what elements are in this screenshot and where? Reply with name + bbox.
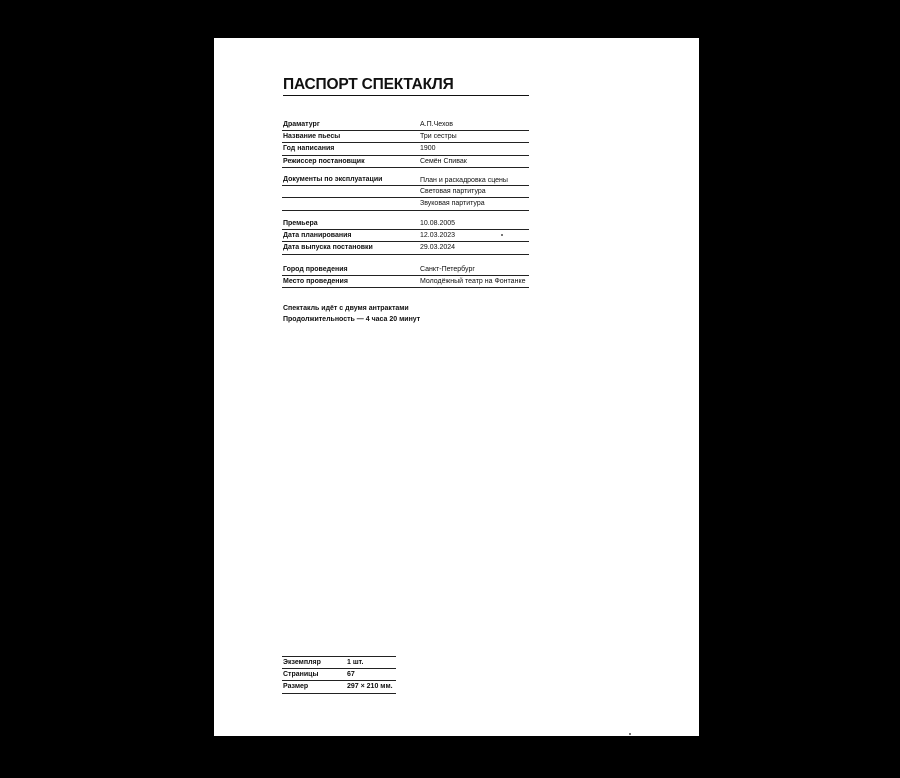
row-label: Размер — [283, 682, 308, 692]
info-table: Драматург А.П.Чехов Название пьесы Три с… — [282, 119, 529, 168]
venue-table: Город проведения Санкт-Петербург Место п… — [282, 264, 529, 288]
table-row: Место проведения Молодёжный театр на Фон… — [282, 276, 529, 288]
table-row: Дата планирования 12.03.2023 — [282, 230, 529, 242]
note-duration: Продолжительность — 4 часа 20 минут — [283, 316, 420, 323]
row-label: Дата планирования — [283, 231, 352, 241]
table-row: Драматург А.П.Чехов — [282, 119, 529, 131]
row-label: Название пьесы — [283, 132, 340, 142]
row-value: 1 шт. — [347, 658, 363, 668]
row-label: Дата выпуска постановки — [283, 243, 373, 253]
scan-speck — [501, 234, 503, 236]
table-row: Страницы 67 — [282, 669, 396, 681]
document-page: ПАСПОРТ СПЕКТАКЛЯ Драматург А.П.Чехов На… — [214, 38, 699, 736]
row-value: План и раскадровка сцены — [420, 176, 508, 186]
row-label: Документы по эксплуатации — [283, 175, 382, 185]
table-row: Режиссер постановщик Семён Спивак — [282, 156, 529, 168]
row-value: 29.03.2024 — [420, 243, 455, 253]
table-row: Название пьесы Три сестры — [282, 131, 529, 143]
row-value: Молодёжный театр на Фонтанке — [420, 277, 525, 287]
row-label: Место проведения — [283, 277, 348, 287]
note-intermissions: Спектакль идёт с двумя антрактами — [283, 305, 409, 312]
table-row: Город проведения Санкт-Петербург — [282, 264, 529, 276]
table-row: Размер 297 × 210 мм. — [282, 681, 396, 693]
dates-table: Премьера 10.08.2005 Дата планирования 12… — [282, 218, 529, 255]
row-label: Страницы — [283, 670, 318, 680]
page-title: ПАСПОРТ СПЕКТАКЛЯ — [283, 76, 454, 94]
row-value: Санкт-Петербург — [420, 265, 475, 275]
scan-speck — [629, 733, 631, 735]
table-row: Световая партитура — [282, 186, 529, 198]
specs-table: Экземпляр 1 шт. Страницы 67 Размер 297 ×… — [282, 656, 396, 694]
row-label: Драматург — [283, 120, 320, 130]
row-label: Премьера — [283, 219, 318, 229]
table-row: Год написания 1900 — [282, 143, 529, 155]
table-row: Документы по эксплуатации План и раскадр… — [282, 174, 529, 186]
row-value: Три сестры — [420, 132, 457, 142]
row-value: 297 × 210 мм. — [347, 682, 393, 692]
table-row: Дата выпуска постановки 29.03.2024 — [282, 242, 529, 254]
table-row: Экземпляр 1 шт. — [282, 657, 396, 669]
row-value: 12.03.2023 — [420, 231, 455, 241]
row-value: 10.08.2005 — [420, 219, 455, 229]
row-value: А.П.Чехов — [420, 120, 453, 130]
row-value: Световая партитура — [420, 187, 486, 197]
row-value: Семён Спивак — [420, 157, 467, 167]
row-label: Город проведения — [283, 265, 348, 275]
table-row: Звуковая партитура — [282, 198, 529, 210]
title-divider — [283, 95, 529, 96]
documents-table: Документы по эксплуатации План и раскадр… — [282, 174, 529, 211]
row-value: 67 — [347, 670, 355, 680]
row-label: Экземпляр — [283, 658, 321, 668]
row-value: 1900 — [420, 144, 436, 154]
table-row: Премьера 10.08.2005 — [282, 218, 529, 230]
row-label: Год написания — [283, 144, 334, 154]
row-value: Звуковая партитура — [420, 199, 485, 209]
row-label: Режиссер постановщик — [283, 157, 365, 167]
